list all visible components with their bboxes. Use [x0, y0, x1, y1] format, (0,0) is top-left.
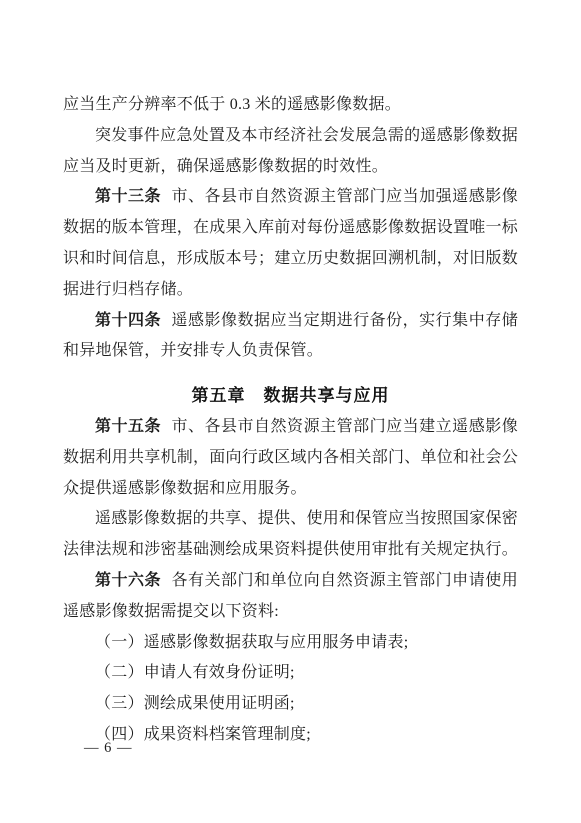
article-paragraph-15: 第十五条市、各县市自然资源主管部门应当建立遥感影像数据利用共享机制，面向行政区域…: [63, 412, 518, 504]
paragraph-continuation: 应当生产分辨率不低于 0.3 米的遥感影像数据。: [63, 90, 518, 121]
article-14-number: 第十四条: [95, 312, 161, 329]
body-paragraph-confidentiality: 遥感影像数据的共享、提供、使用和保管应当按照国家保密法律法规和涉密基础测绘成果资…: [63, 504, 518, 566]
page-number: — 6 —: [84, 740, 133, 757]
article-paragraph-14: 第十四条遥感影像数据应当定期进行备份，实行集中存储和异地保管，并安排专人负责保管…: [63, 306, 518, 368]
article-13-number: 第十三条: [95, 188, 161, 205]
article-paragraph-13: 第十三条市、各县市自然资源主管部门应当加强遥感影像数据的版本管理，在成果入库前对…: [63, 182, 518, 305]
article-paragraph-16: 第十六条各有关部门和单位向自然资源主管部门申请使用遥感影像数据需提交以下资料:: [63, 566, 518, 628]
list-item-2: （二）申请人有效身份证明;: [63, 658, 518, 689]
article-16-number: 第十六条: [95, 572, 161, 589]
chapter-heading: 第五章 数据共享与应用: [63, 381, 518, 412]
list-item-1: （一）遥感影像数据获取与应用服务申请表;: [63, 628, 518, 659]
body-paragraph-emergency-update: 突发事件应急处置及本市经济社会发展急需的遥感影像数据应当及时更新，确保遥感影像数…: [63, 121, 518, 183]
list-item-3: （三）测绘成果使用证明函;: [63, 689, 518, 720]
article-15-number: 第十五条: [95, 418, 161, 435]
document-body: 应当生产分辨率不低于 0.3 米的遥感影像数据。 突发事件应急处置及本市经济社会…: [63, 90, 518, 751]
document-page: 应当生产分辨率不低于 0.3 米的遥感影像数据。 突发事件应急处置及本市经济社会…: [0, 0, 581, 823]
